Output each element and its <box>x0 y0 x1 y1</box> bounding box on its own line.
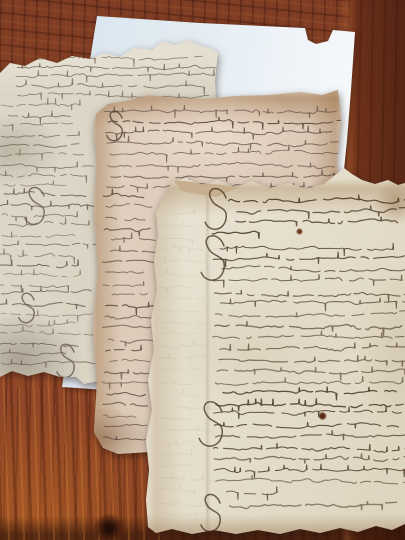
wood-grain-right-band <box>341 0 405 540</box>
wood-grain-bottom-left <box>0 362 160 540</box>
wood-table-surface <box>0 0 405 540</box>
photo-of-manuscripts <box>0 0 405 540</box>
wood-knot <box>94 514 124 540</box>
wood-grain-top-left <box>0 0 350 62</box>
